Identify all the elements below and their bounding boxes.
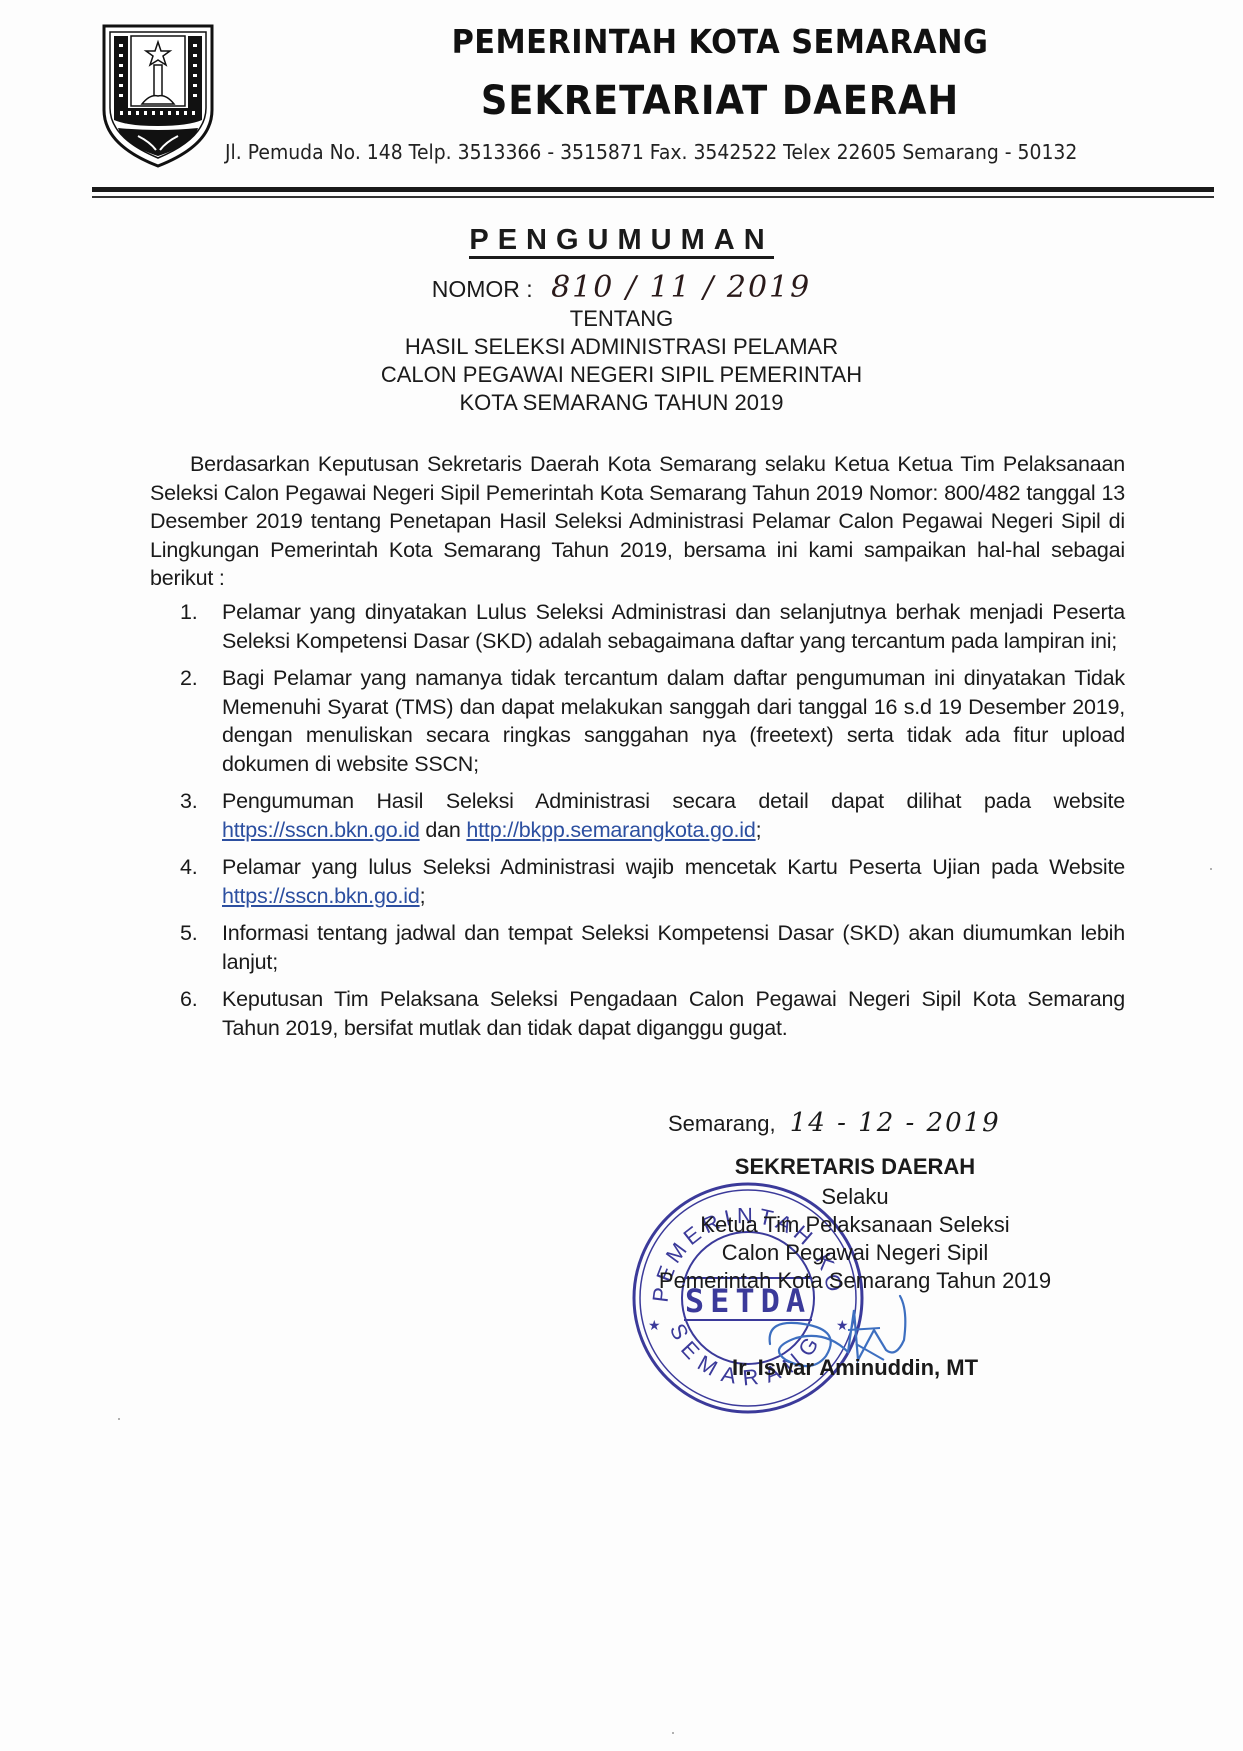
list-item-number: 3. xyxy=(180,787,198,816)
sscn-link[interactable]: https://sscn.bkn.go.id xyxy=(222,884,420,908)
list-item-text: Bagi Pelamar yang namanya tidak tercantu… xyxy=(222,666,1125,776)
list-item-text: ; xyxy=(756,818,762,842)
letterhead-address: Jl. Pemuda No. 148 Telp. 3513366 - 35158… xyxy=(225,140,1165,164)
letterhead-government: PEMERINTAH KOTA SEMARANG xyxy=(260,22,1180,61)
list-item: 4. Pelamar yang lulus Seleksi Administra… xyxy=(180,853,1125,910)
document-title: PENGUMUMAN xyxy=(0,224,1243,257)
list-item-text: Keputusan Tim Pelaksana Seleksi Pengadaa… xyxy=(222,987,1125,1040)
list-item: 5. Informasi tentang jadwal dan tempat S… xyxy=(180,919,1125,976)
city-crest-shield-icon xyxy=(98,20,218,170)
list-item-text: Pelamar yang lulus Seleksi Administrasi … xyxy=(222,855,1125,879)
bkpp-link[interactable]: http://bkpp.semarangkota.go.id xyxy=(466,818,755,842)
list-item-number: 4. xyxy=(180,853,198,882)
list-item-number: 1. xyxy=(180,598,198,627)
list-item: 3. Pengumuman Hasil Seleksi Administrasi… xyxy=(180,787,1125,844)
list-item: 2. Bagi Pelamar yang namanya tidak terca… xyxy=(180,664,1125,778)
scan-speck xyxy=(672,1732,674,1734)
letterhead-office: SEKRETARIAT DAERAH xyxy=(260,78,1180,124)
nomor-label: NOMOR : xyxy=(432,276,533,302)
list-item-text: Pelamar yang dinyatakan Lulus Seleksi Ad… xyxy=(222,600,1125,653)
subject-line-1: HASIL SELEKSI ADMINISTRASI PELAMAR xyxy=(0,334,1243,360)
list-item-text: Pengumuman Hasil Seleksi Administrasi se… xyxy=(222,789,1125,813)
scan-speck xyxy=(1210,868,1212,870)
list-item: 1. Pelamar yang dinyatakan Lulus Seleksi… xyxy=(180,598,1125,655)
list-item-number: 6. xyxy=(180,985,198,1014)
signing-date-handwritten: 14 - 12 - 2019 xyxy=(790,1108,1001,1138)
signatory-position: SEKRETARIS DAERAH xyxy=(620,1154,1090,1180)
document-number: NOMOR : 810 / 11 / 2019 xyxy=(0,270,1243,305)
scan-speck xyxy=(118,1418,120,1420)
signatory-name: Ir. Iswar Aminuddin, MT xyxy=(620,1355,1090,1381)
about-label: TENTANG xyxy=(0,306,1243,332)
document-title-text: PENGUMUMAN xyxy=(469,224,773,259)
announcement-document: PEMERINTAH KOTA SEMARANG SEKRETARIAT DAE… xyxy=(0,0,1243,1751)
announcement-list: 1. Pelamar yang dinyatakan Lulus Seleksi… xyxy=(180,598,1125,1051)
signing-place: Semarang, xyxy=(668,1111,776,1136)
svg-text:★: ★ xyxy=(648,1318,661,1334)
signatory-role-line: Pemerintah Kota Semarang Tahun 2019 xyxy=(610,1268,1100,1294)
list-item-number: 2. xyxy=(180,664,198,693)
signatory-role-line: Ketua Tim Pelaksanaan Seleksi xyxy=(610,1212,1100,1238)
signing-date: Semarang, 14 - 12 - 2019 xyxy=(668,1108,1001,1138)
intro-paragraph: Berdasarkan Keputusan Sekretaris Daerah … xyxy=(150,450,1125,593)
letterhead-rule-thin xyxy=(92,196,1214,198)
sscn-link[interactable]: https://sscn.bkn.go.id xyxy=(222,818,420,842)
list-item: 6. Keputusan Tim Pelaksana Seleksi Penga… xyxy=(180,985,1125,1042)
subject-line-3: KOTA SEMARANG TAHUN 2019 xyxy=(0,390,1243,416)
nomor-value-handwritten: 810 / 11 / 2019 xyxy=(551,270,811,305)
list-item-text: Informasi tentang jadwal dan tempat Sele… xyxy=(222,921,1125,974)
list-item-text: ; xyxy=(420,884,426,908)
subject-line-2: CALON PEGAWAI NEGERI SIPIL PEMERINTAH xyxy=(0,362,1243,388)
list-item-text: dan xyxy=(420,818,467,842)
letterhead-rule-thick xyxy=(92,187,1214,192)
signatory-role-line: Selaku xyxy=(610,1184,1100,1210)
list-item-number: 5. xyxy=(180,919,198,948)
signatory-role-line: Calon Pegawai Negeri Sipil xyxy=(610,1240,1100,1266)
